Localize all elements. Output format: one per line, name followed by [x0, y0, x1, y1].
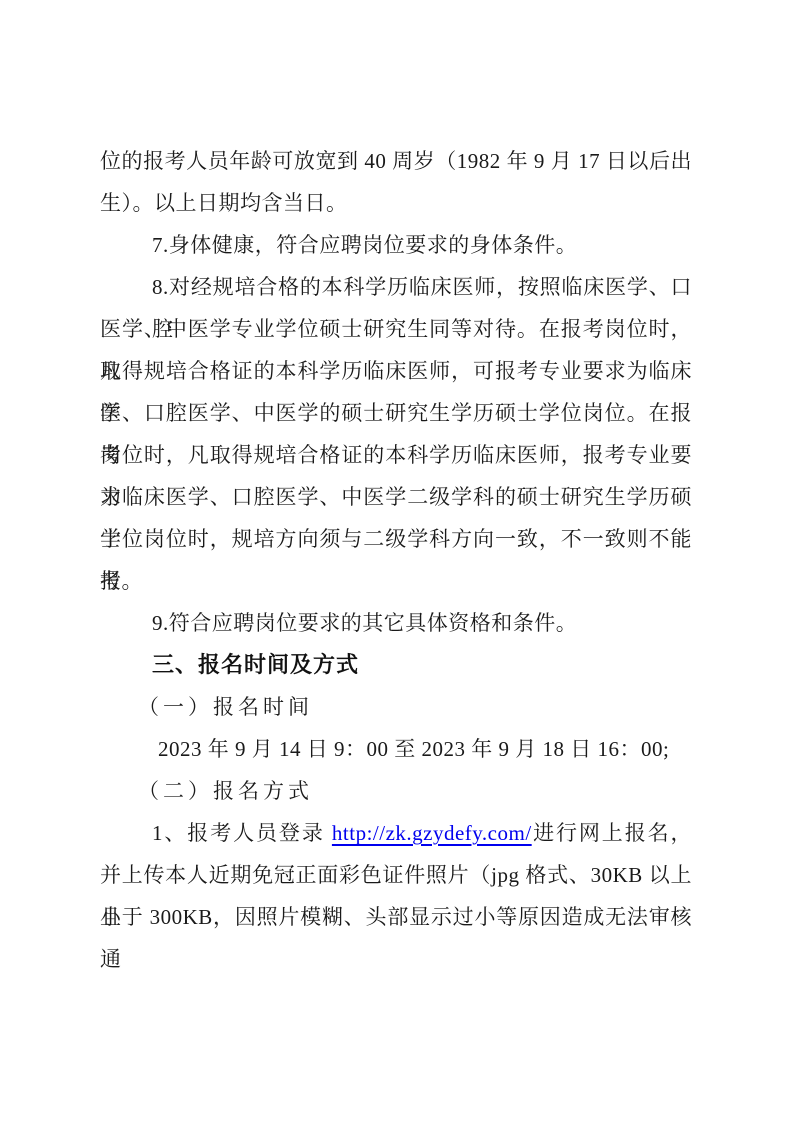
body-line-item-7: 7.身体健康，符合应聘岗位要求的身体条件。	[100, 224, 692, 266]
section-heading-registration: 三、报名时间及方式	[100, 644, 692, 686]
body-line-with-link: 1、报考人员登录 http://zk.gzydefy.com/进行网上报名，	[100, 812, 692, 854]
link-line-prefix: 1、报考人员登录	[152, 821, 332, 845]
body-line-item-8: 8.对经规培合格的本科学历临床医师，按照临床医学、口腔	[100, 266, 692, 308]
document-text-block: 位的报考人员年龄可放宽到 40 周岁（1982 年 9 月 17 日以后出 生）…	[100, 140, 692, 938]
body-line-item-9: 9.符合应聘岗位要求的其它具体资格和条件。	[100, 602, 692, 644]
body-line: 生）。以上日期均含当日。	[100, 182, 692, 224]
body-line: 并上传本人近期免冠正面彩色证件照片（jpg 格式、30KB 以上且	[100, 854, 692, 896]
link-line-suffix: 进行网上报名，	[532, 821, 692, 845]
subsection-heading-time: （一）报名时间	[100, 686, 692, 728]
body-line: 小于 300KB，因照片模糊、头部显示过小等原因造成无法审核通	[100, 896, 692, 938]
registration-url-link[interactable]: http://zk.gzydefy.com/	[332, 821, 532, 845]
document-page: 位的报考人员年龄可放宽到 40 周岁（1982 年 9 月 17 日以后出 生）…	[0, 0, 793, 1122]
body-line: 学、口腔医学、中医学的硕士研究生学历硕士学位岗位。在报考	[100, 392, 692, 434]
body-line: 为临床医学、口腔医学、中医学二级学科的硕士研究生学历硕士	[100, 476, 692, 518]
body-line: 考。	[100, 560, 692, 602]
registration-time-line: 2023 年 9 月 14 日 9：00 至 2023 年 9 月 18 日 1…	[100, 728, 692, 770]
subsection-heading-method: （二）报名方式	[100, 770, 692, 812]
body-line: 岗位时，凡取得规培合格证的本科学历临床医师，报考专业要求	[100, 434, 692, 476]
body-line: 医学、中医学专业学位硕士研究生同等对待。在报考岗位时，凡	[100, 308, 692, 350]
body-line: 取得规培合格证的本科学历临床医师，可报考专业要求为临床医	[100, 350, 692, 392]
body-line: 学位岗位时，规培方向须与二级学科方向一致，不一致则不能报	[100, 518, 692, 560]
body-line: 位的报考人员年龄可放宽到 40 周岁（1982 年 9 月 17 日以后出	[100, 140, 692, 182]
